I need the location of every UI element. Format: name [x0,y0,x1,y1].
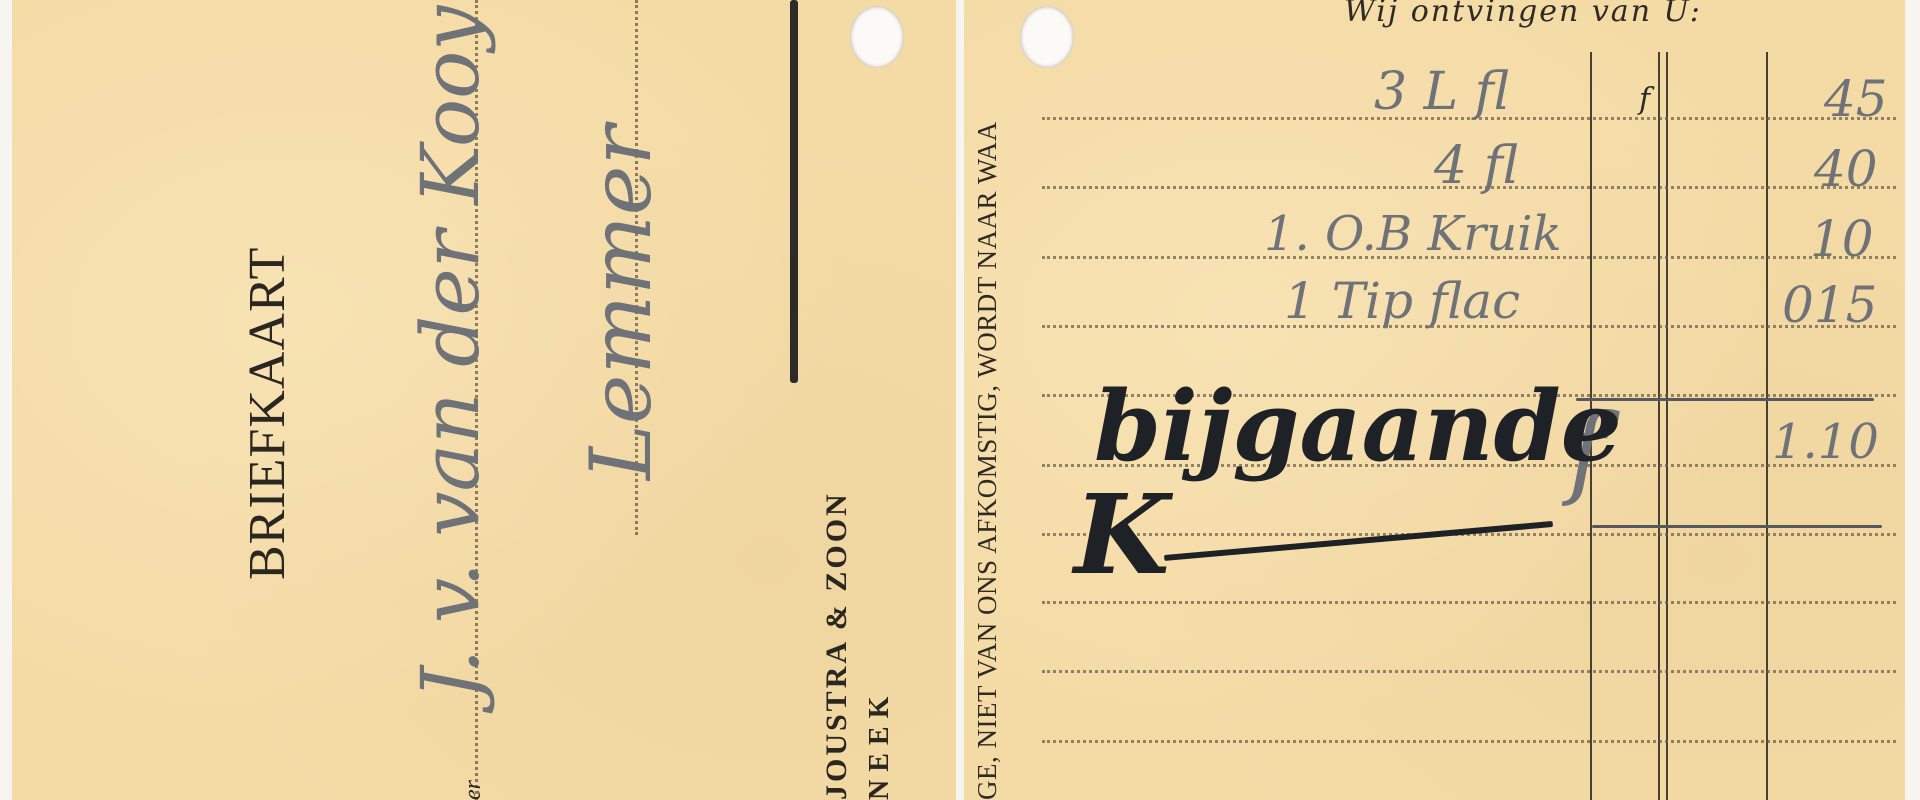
handwritten-addressee: J. v. van der Kooy Z [404,0,497,700]
item-amount: 40 [1814,140,1878,198]
item-description: 1 Tip flac [1284,272,1520,330]
signature-initial: K [1074,470,1170,599]
item-amount: 10 [1810,210,1874,268]
receipt-header: Wij ontvingen van U: [1344,0,1702,29]
item-amount: 45 [1824,70,1888,128]
ledger-row-line [1042,670,1896,673]
item-description: 3 L fl [1374,62,1509,122]
total-amount: 1.10 [1772,414,1879,470]
column-rule [1766,52,1768,800]
currency-symbol: f [1639,82,1650,117]
ledger-row-line [1042,740,1896,743]
signature-flourish [1164,521,1553,561]
place-underline-bar [790,0,798,383]
column-rule [1666,52,1668,800]
column-rule [1658,52,1660,800]
punch-hole [850,6,904,68]
item-description: 4 fl [1434,136,1518,196]
total-rule-bottom [1592,525,1882,528]
postcard-receipt: GE, NIET VAN ONS AFKOMSTIG, WORDT NAAR W… [964,0,1905,800]
ledger-row-line [1042,601,1896,604]
signature: bijgaande [1094,370,1622,483]
postcard-front: BRIEFKAART er J. v. van der Kooy Z Lemme… [12,0,956,800]
firm-name: JOUSTRA & ZOON [820,491,854,800]
item-description: 1. O.B Kruik [1264,206,1562,262]
side-notice: GE, NIET VAN ONS AFKOMSTIG, WORDT NAAR W… [972,121,1003,800]
item-amount: 015 [1782,276,1877,334]
firm-city: NEEK [864,689,896,800]
card-title: BRIEFKAART [238,247,297,580]
address-label: er [460,780,487,800]
punch-hole [1020,6,1074,68]
handwritten-place: Lemmer [572,125,670,480]
